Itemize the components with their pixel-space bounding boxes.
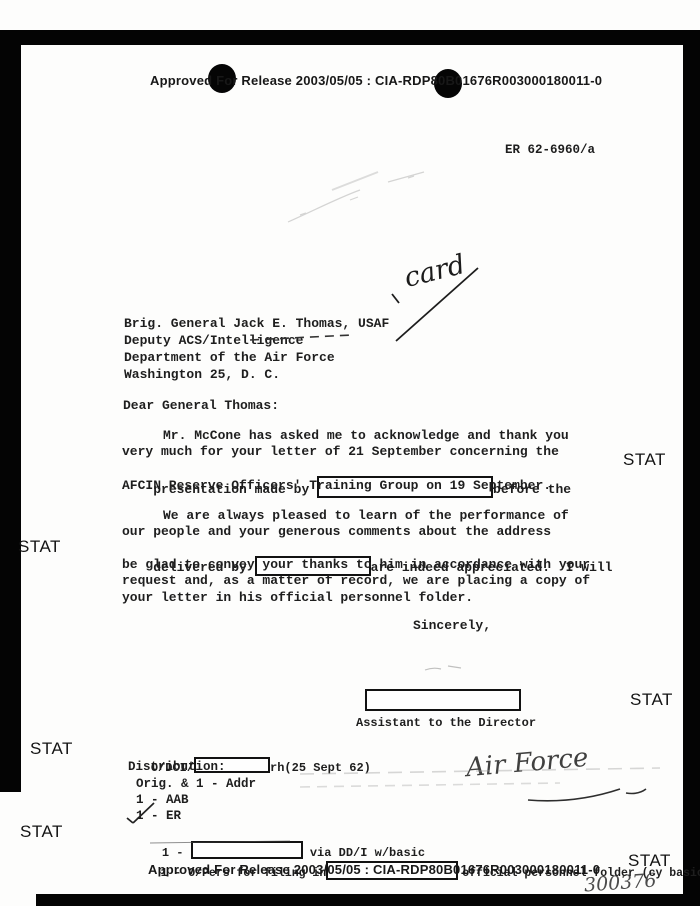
- handwritten-air-force-note: Air Force: [465, 743, 590, 784]
- stat-label-right-2: STAT: [630, 690, 673, 710]
- closing-sincerely: Sincerely,: [413, 618, 491, 634]
- er-reference-number: ER 62-6960/a: [505, 142, 595, 158]
- signer-title: Assistant to the Director: [356, 715, 536, 731]
- footer-approval-stamp: Approved For Release 2003/05/05 : CIA-RD…: [148, 862, 600, 877]
- stat-label-left-1: STAT: [18, 537, 61, 557]
- recipient-line-2: Deputy ACS/Intelligence: [124, 333, 303, 349]
- office-suffix: rh(25 Sept 62): [270, 761, 371, 775]
- body-p1-line4: AFCIN Reserve Officers' Training Group o…: [122, 478, 551, 494]
- recipient-line-4: Washington 25, D. C.: [124, 367, 280, 383]
- stat-label-right-1: STAT: [623, 450, 666, 470]
- recipient-line-3: Department of the Air Force: [124, 350, 335, 366]
- stat-label-left-3: STAT: [20, 822, 63, 842]
- distribution-heading: Distribution:: [128, 759, 226, 775]
- recipient-line-1: Brig. General Jack E. Thomas, USAF: [124, 316, 389, 332]
- stat-label-right-3: STAT: [628, 851, 671, 871]
- salutation: Dear General Thomas:: [123, 398, 279, 414]
- faint-initials-mark: [425, 666, 461, 670]
- distribution-item-2: 1 - AAB: [136, 792, 189, 808]
- distribution-item-1: Orig. & 1 - Addr: [136, 776, 256, 792]
- air-force-underline-flourish: [528, 789, 646, 801]
- scan-border-left: [0, 30, 21, 792]
- signature-redaction-box: [365, 689, 521, 711]
- body-p1-line1: Mr. McCone has asked me to acknowledge a…: [163, 428, 569, 444]
- handwritten-card-note: card: [401, 249, 468, 294]
- scan-border-right: [683, 30, 700, 906]
- body-p2-line1: We are always pleased to learn of the pe…: [163, 508, 569, 524]
- body-p1-line2: very much for your letter of 21 Septembe…: [122, 444, 559, 460]
- header-approval-stamp: Approved For Release 2003/05/05 : CIA-RD…: [150, 73, 602, 88]
- scanned-letter-page: Approved For Release 2003/05/05 : CIA-RD…: [0, 0, 700, 906]
- body-p2-line4: be glad to convey your thanks to him in …: [122, 557, 590, 573]
- distribution-item-3: 1 - ER: [136, 808, 181, 824]
- pencil-scribble-mark: [288, 172, 424, 222]
- body-p2-line2: our people and your generous comments ab…: [122, 524, 551, 540]
- body-p2-line5: request and, as a matter of record, we a…: [122, 573, 590, 589]
- body-p2-line6: your letter in his official personnel fo…: [122, 590, 473, 606]
- scan-border-top: [0, 30, 700, 45]
- stat-label-left-2: STAT: [30, 739, 73, 759]
